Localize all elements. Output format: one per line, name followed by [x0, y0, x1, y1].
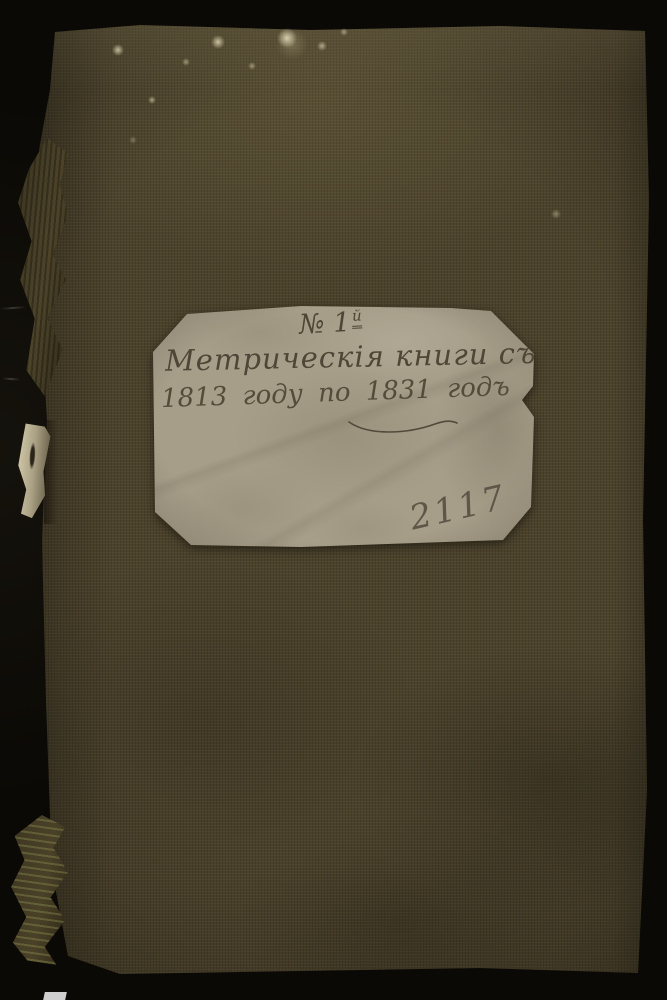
label-title: Метрическія книги съ: [165, 336, 524, 377]
label-number-suffix: й: [351, 306, 362, 328]
label-number-prefix: № 1: [298, 307, 351, 341]
photograph: 3. № 1й Метрическія книги съ 1813 году п…: [0, 0, 667, 1000]
underline-flourish-icon: [347, 414, 459, 438]
paper-label: 3. № 1й Метрическія книги съ 1813 году п…: [151, 302, 537, 548]
label-catalog-number: 2117: [406, 477, 511, 538]
label-corner-mark: 3.: [168, 302, 182, 320]
wax-stain-specks: [0, 0, 667, 260]
paper-label-wrapper: 3. № 1й Метрическія книги съ 1813 году п…: [151, 302, 537, 548]
label-years: 1813 году по 1831 годъ: [161, 372, 511, 414]
background-scratch: [0, 306, 26, 310]
scale-chip: [43, 992, 67, 1000]
background-scratch: [2, 378, 20, 381]
label-number: № 1й: [298, 306, 363, 340]
